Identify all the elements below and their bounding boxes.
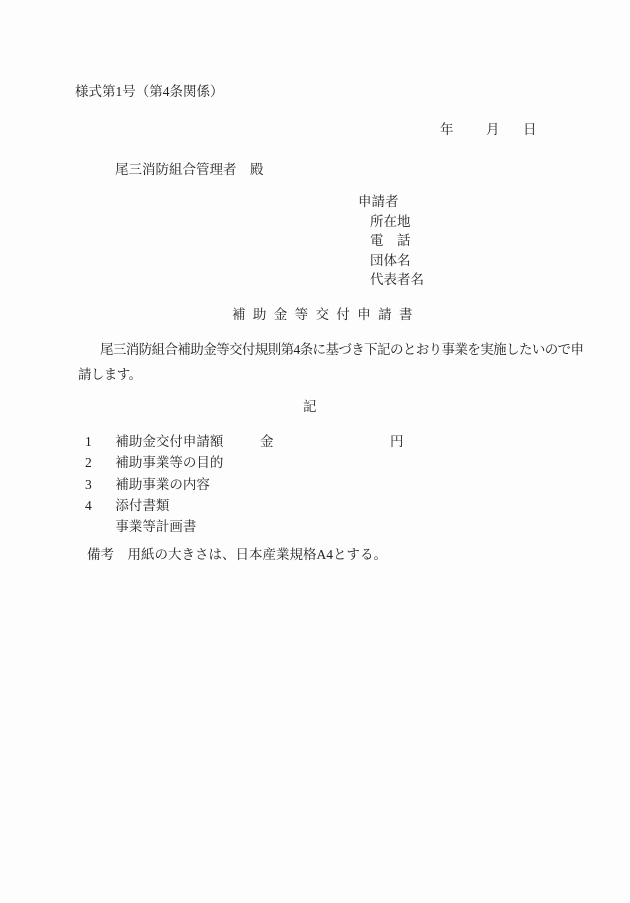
list-item-label: 補助事業等の目的 [115, 455, 223, 470]
applicant-fields: 所在地 電 話 団体名 代表者名 [370, 212, 424, 290]
list-item-number: 4 [85, 498, 112, 514]
list-item-attachments: 4 添付書類 [85, 494, 223, 515]
list-item-label: 事業等計画書 [115, 519, 196, 534]
list-item-amount: 1 補助金交付申請額 金 円 [85, 430, 223, 451]
date-month-label: 月 [486, 118, 500, 138]
remark-line: 備考 用紙の大きさは、日本産業規格A4とする。 [87, 543, 387, 563]
applicant-field-address: 所在地 [370, 212, 424, 232]
form-number-label: 様式第1号（第4条関係） [75, 80, 224, 100]
body-paragraph: 尾三消防組合補助金等交付規則第4条に基づき下記のとおり事業を実施したいので申 請… [78, 338, 583, 387]
list-item-number: 2 [85, 455, 112, 471]
document-page: 様式第1号（第4条関係） 年 月 日 尾三消防組合管理者 殿 申請者 所在地 電… [0, 0, 630, 903]
applicant-heading: 申請者 [358, 192, 424, 212]
applicant-block: 申請者 所在地 電 話 団体名 代表者名 [358, 192, 424, 290]
addressee-line: 尾三消防組合管理者 殿 [115, 158, 264, 178]
amount-kin-label: 金 [260, 430, 274, 450]
list-item-content: 3 補助事業の内容 [85, 473, 223, 494]
document-title: 補 助 金 等 交 付 申 請 書 [232, 303, 415, 323]
item-list: 1 補助金交付申請額 金 円 2 補助事業等の目的 3 補助事業の内容 4 添付… [85, 430, 223, 536]
list-item-purpose: 2 補助事業等の目的 [85, 451, 223, 472]
list-item-label: 添付書類 [115, 498, 169, 513]
amount-en-label: 円 [390, 430, 404, 450]
date-day-label: 日 [523, 118, 537, 138]
applicant-field-representative: 代表者名 [370, 270, 424, 290]
ki-marker: 記 [303, 395, 317, 415]
list-item-number: 3 [85, 477, 112, 493]
date-year-label: 年 [440, 118, 454, 138]
list-subitem-plan: 事業等計画書 [85, 515, 223, 536]
list-item-label: 補助金交付申請額 [115, 434, 223, 449]
date-line: 年 月 日 [0, 118, 630, 136]
applicant-field-organization: 団体名 [370, 251, 424, 271]
list-item-label: 補助事業の内容 [115, 477, 210, 492]
applicant-field-phone: 電 話 [370, 231, 424, 251]
list-item-number: 1 [85, 434, 112, 450]
